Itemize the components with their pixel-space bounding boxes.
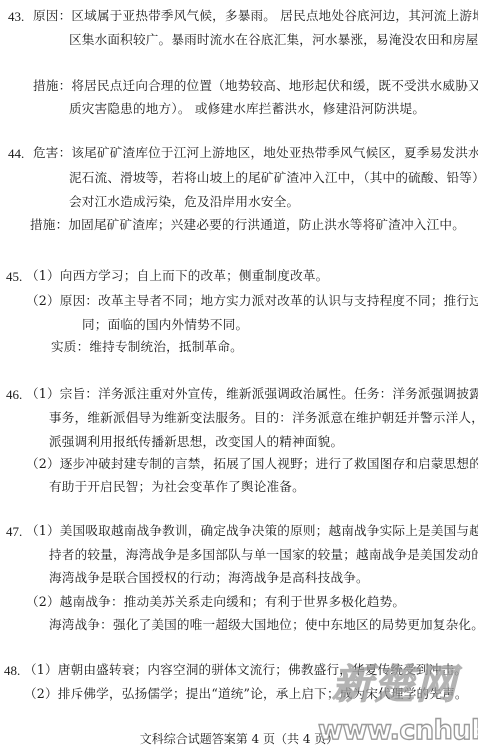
answer-line: 海湾战争是联合国授权的行动；海湾战争是高科技战争。 [49,572,369,585]
answer-line: （1）向西方学习；自上而下的改革；侧重制度改革。 [26,270,328,283]
answer-line: 实质：维持专制统治，抵制革命。 [51,341,243,354]
answer-line: 有助于开启民智；为社会变革作了舆论准备。 [49,481,305,494]
question-number: 48. [4,664,20,677]
answer-line: （1）唐朝由盛转衰；内容空洞的骈体文流行；佛教盛行，华夏传统受到冲击。 [24,664,467,677]
question-number: 45. [6,270,22,283]
answer-line: （2）原因：改革主导者不同；地方实力派对改革的认识与支持程度不同；推行过程不 [26,295,478,308]
answer-line: （1）宗旨：洋务派注重对外宣传，维新派强调政治属性。任务：洋务派强调披露洋人之 [26,388,478,401]
answer-line: （2）越南战争：推动美苏关系走向缓和；有利于世界多极化趋势。 [26,596,405,609]
question-number: 43. [8,10,24,23]
answer-line: 区集水面积较广。暴雨时流水在谷底汇集，河水暴涨，易淹没农田和房屋。 [69,34,478,47]
answer-line: 质灾害隐患的地方）。 或修建水库拦蓄洪水，修建沿河防洪堤。 [69,103,425,116]
answer-line: 同；面临的国内外情势不同。 [82,319,248,332]
answer-line: 泥石流、滑坡等，若将山坡上的尾矿矿渣冲入江中，（其中的硫酸、铅等） [69,172,478,185]
question-number: 46. [6,388,22,401]
question-number: 47. [6,525,22,538]
answer-line: 措施：将居民点迁向合理的位置（地势较高、地形起伏和缓，既不受洪水威胁又无地 [33,80,478,93]
answer-line: 海湾战争：强化了美国的唯一超级大国地位；使中东地区的局势更加复杂化。 [49,619,478,632]
answer-line: 派强调利用报纸传播新思想，改变国人的精神面貌。 [49,436,343,449]
answer-line: （1）美国吸取越南战争教训，确定战争决策的原则；越南战争实际上是美国与越南及其支 [26,525,478,538]
answer-line: 措施：加固尾矿矿渣库；兴建必要的行洪通道，防止洪水等将矿渣冲入江中。 [30,219,465,232]
answer-line: 持者的较量，海湾战争是多国部队与单一国家的较量；越南战争是美国发动的战争， [49,549,478,562]
question-number: 44. [8,147,24,160]
answer-line: 会对江水造成污染，危及沿岸用水安全。 [69,196,299,209]
answer-line: （2）排斥佛学，弘扬儒学；提出“道统”论，承上启下；成为宋代理学的先声。 [24,688,468,701]
answer-line: 危害：该尾矿矿渣库位于江河上游地区，地处亚热带季风气候区，夏季易发洪水、 [33,147,478,160]
answer-line: 事务，维新派倡导为维新变法服务。目的：洋务派意在维护朝廷并警示洋人，维新 [49,412,478,425]
answer-line: 原因：区域属于亚热带季风气候，多暴雨。 居民点地处谷底河边，其河流上游地 [33,10,478,23]
answer-line: （2）逐步冲破封建专制的言禁，拓展了国人视野；进行了救国图存和启蒙思想的宣传， [26,458,478,471]
page-footer: 文科综合试题答案第 4 页（共 4 页） [0,733,478,745]
